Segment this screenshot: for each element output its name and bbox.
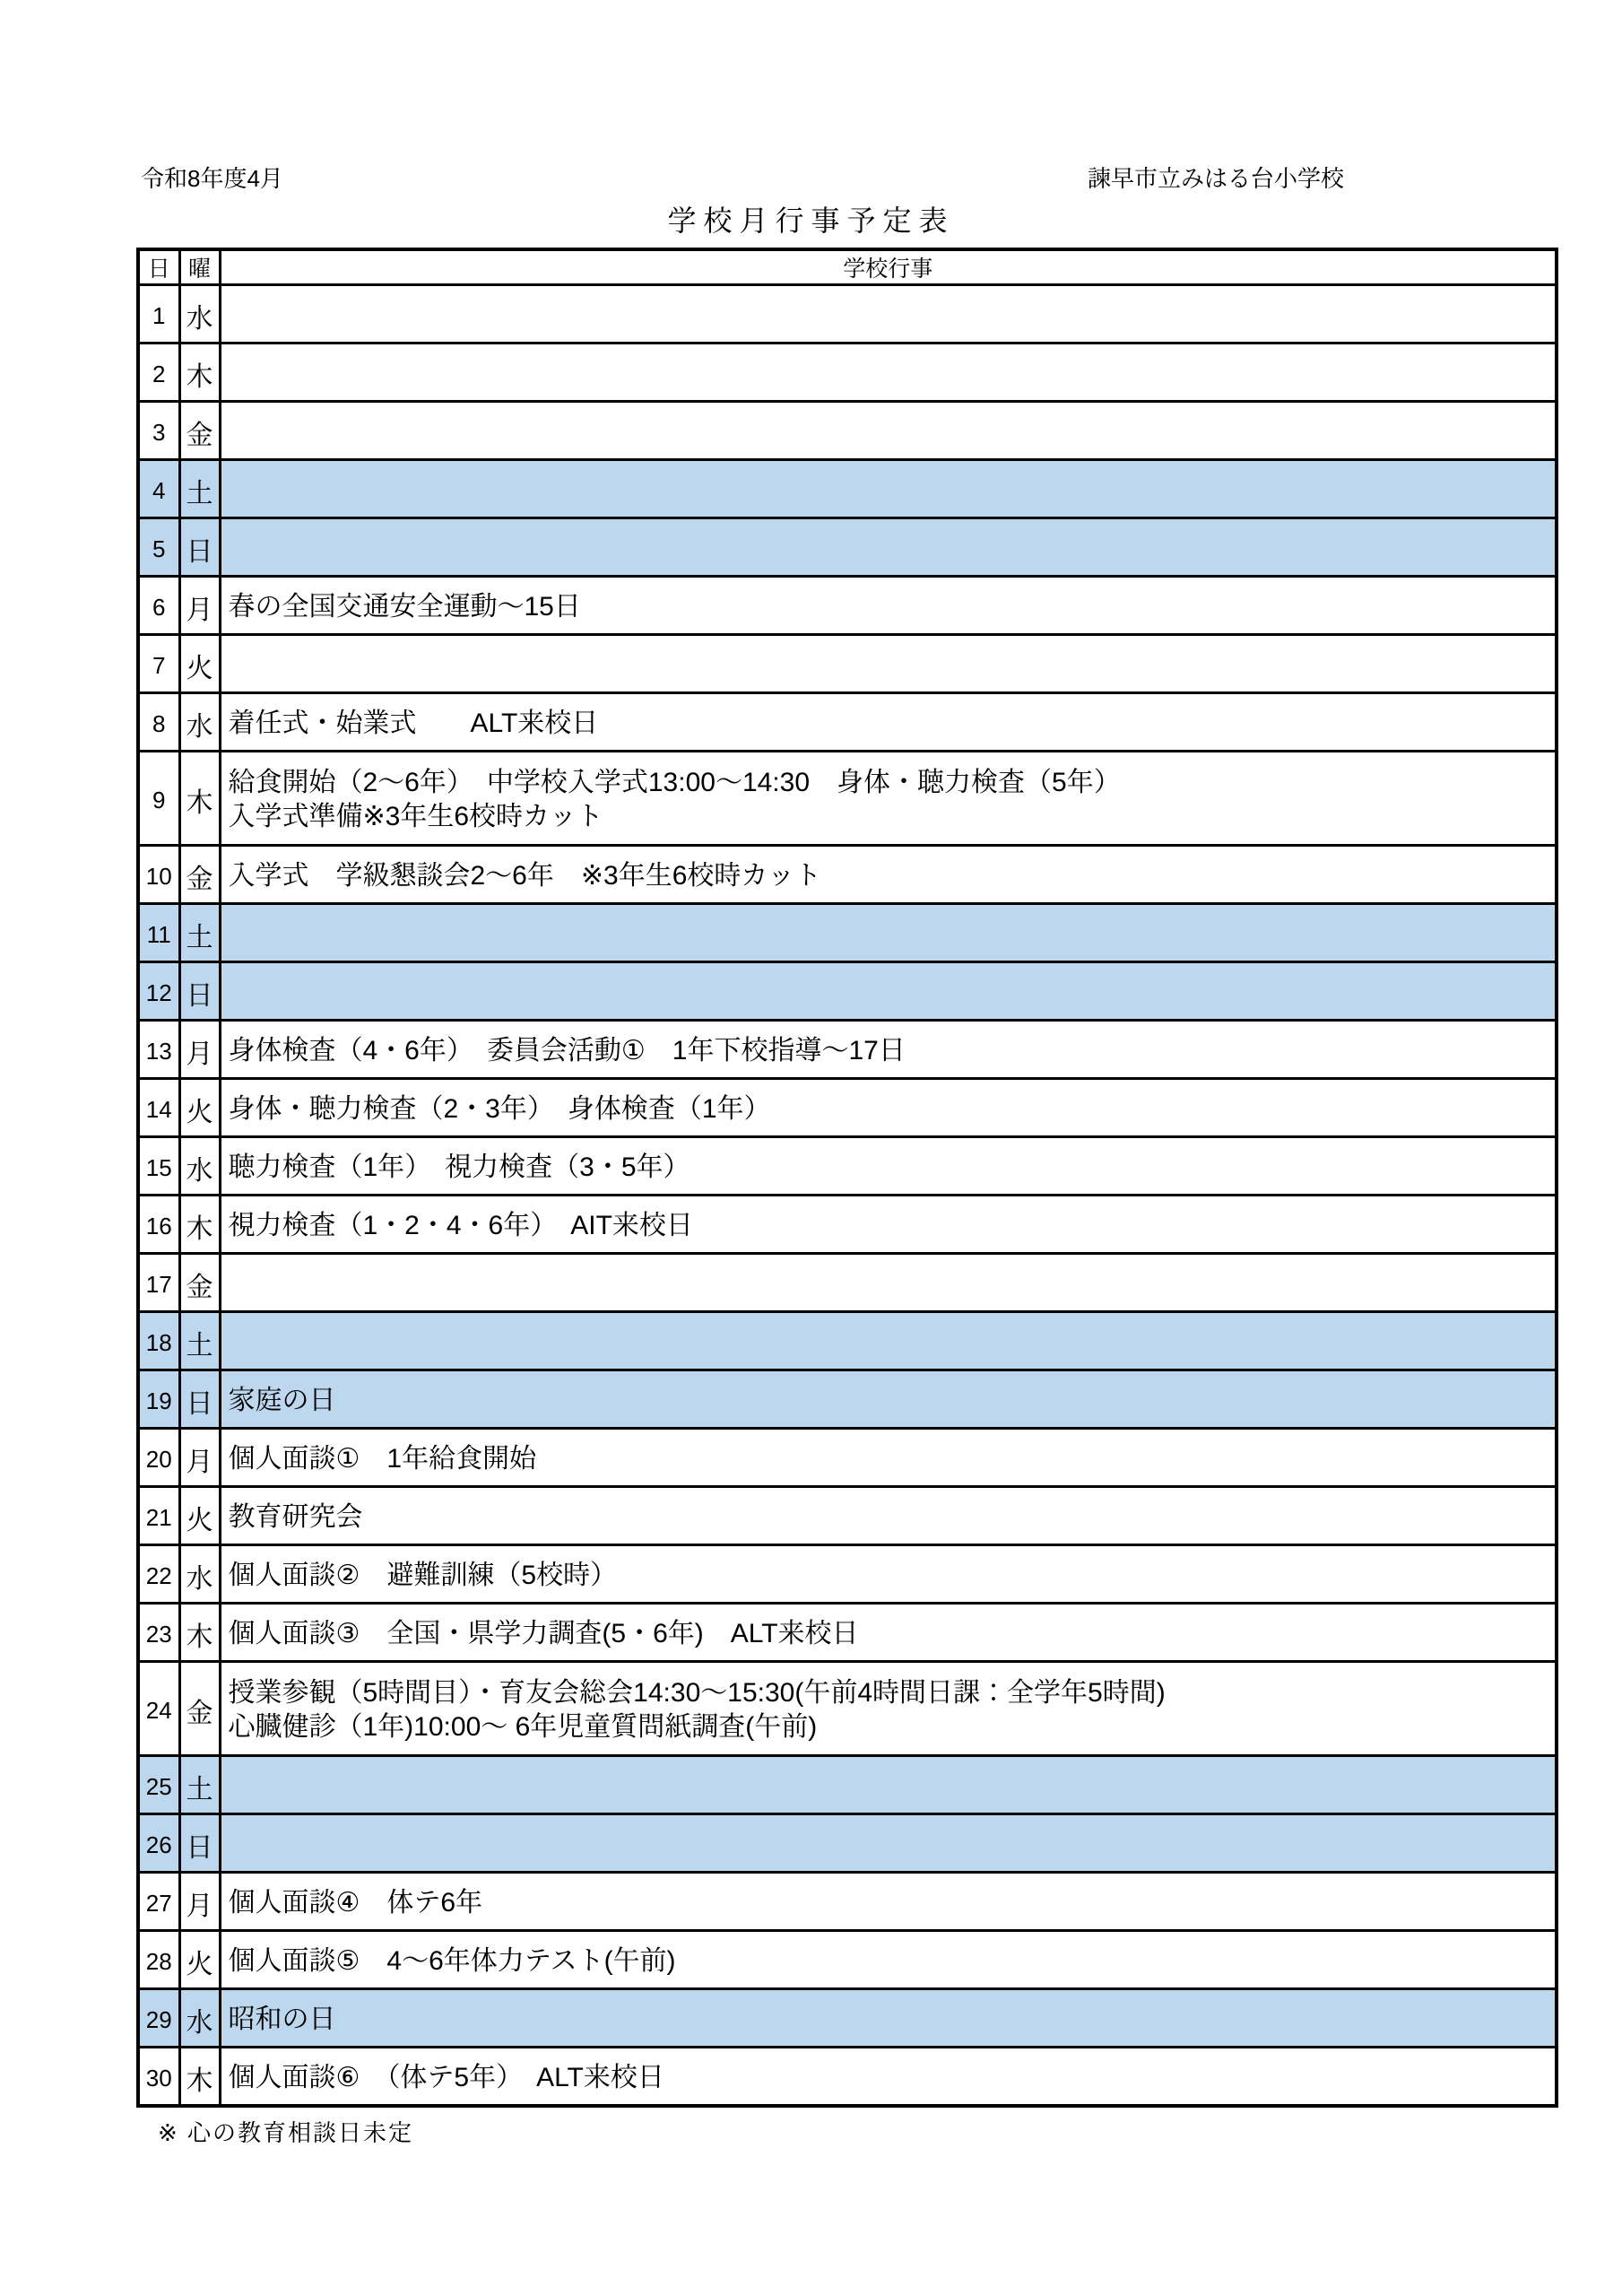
events-cell: 入学式 学級懇談会2～6年 ※3年生6校時カット <box>220 846 1557 904</box>
table-row: 10金入学式 学級懇談会2～6年 ※3年生6校時カット <box>138 846 1557 904</box>
table-row: 23木個人面談③ 全国・県学力調査(5・6年) ALT来校日 <box>138 1604 1557 1662</box>
events-cell: 聴力検査（1年） 視力検査（3・5年） <box>220 1137 1557 1196</box>
events-cell <box>220 460 1557 518</box>
footnote: ※ 心の教育相談日未定 <box>158 2115 1622 2148</box>
table-row: 3金 <box>138 402 1557 460</box>
day-cell: 23 <box>138 1604 179 1662</box>
weekday-cell: 水 <box>179 693 220 752</box>
events-cell <box>220 1312 1557 1370</box>
day-cell: 13 <box>138 1021 179 1079</box>
fiscal-year-label: 令和8年度4月 <box>141 165 283 192</box>
weekday-cell: 月 <box>179 577 220 635</box>
day-cell: 11 <box>138 904 179 962</box>
table-row: 1水 <box>138 285 1557 344</box>
day-cell: 19 <box>138 1370 179 1429</box>
weekday-cell: 木 <box>179 1196 220 1254</box>
weekday-cell: 水 <box>179 1137 220 1196</box>
day-cell: 25 <box>138 1756 179 1814</box>
table-row: 5日 <box>138 518 1557 577</box>
table-row: 16木視力検査（1・2・4・6年） AIT来校日 <box>138 1196 1557 1254</box>
events-cell <box>220 1254 1557 1312</box>
event-line: 入学式 学級懇談会2～6年 ※3年生6校時カット <box>229 859 1550 893</box>
weekday-cell: 水 <box>179 285 220 344</box>
weekday-cell: 木 <box>179 752 220 846</box>
table-row: 13月身体検査（4・6年） 委員会活動① 1年下校指導～17日 <box>138 1021 1557 1079</box>
table-header-row: 日 曜 学校行事 <box>138 249 1557 285</box>
events-cell: 授業参観（5時間目）・育友会総会14:30～15:30(午前4時間日課：全学年5… <box>220 1662 1557 1756</box>
day-cell: 18 <box>138 1312 179 1370</box>
table-row: 9木給食開始（2～6年） 中学校入学式13:00～14:30 身体・聴力検査（5… <box>138 752 1557 846</box>
events-cell: 身体検査（4・6年） 委員会活動① 1年下校指導～17日 <box>220 1021 1557 1079</box>
events-cell: 給食開始（2～6年） 中学校入学式13:00～14:30 身体・聴力検査（5年）… <box>220 752 1557 846</box>
weekday-cell: 木 <box>179 344 220 402</box>
events-cell: 視力検査（1・2・4・6年） AIT来校日 <box>220 1196 1557 1254</box>
document-header: 令和8年度4月 諫早市立みはる台小学校 <box>0 0 1622 192</box>
event-line: 授業参観（5時間目）・育友会総会14:30～15:30(午前4時間日課：全学年5… <box>229 1676 1550 1710</box>
table-row: 21火教育研究会 <box>138 1487 1557 1545</box>
weekday-cell: 水 <box>179 1545 220 1604</box>
page-title: 学校月行事予定表 <box>0 204 1622 237</box>
events-cell <box>220 518 1557 577</box>
event-line: 家庭の日 <box>229 1384 1550 1418</box>
table-row: 24金授業参観（5時間目）・育友会総会14:30～15:30(午前4時間日課：全… <box>138 1662 1557 1756</box>
table-row: 11土 <box>138 904 1557 962</box>
events-cell: 春の全国交通安全運動～15日 <box>220 577 1557 635</box>
event-line: 給食開始（2～6年） 中学校入学式13:00～14:30 身体・聴力検査（5年） <box>229 766 1550 800</box>
day-cell: 9 <box>138 752 179 846</box>
event-line: 個人面談⑤ 4～6年体力テスト(午前) <box>229 1944 1550 1979</box>
day-cell: 21 <box>138 1487 179 1545</box>
weekday-cell: 土 <box>179 1756 220 1814</box>
events-cell: 個人面談④ 体テ6年 <box>220 1873 1557 1931</box>
event-line: 教育研究会 <box>229 1500 1550 1535</box>
school-name: 諫早市立みはる台小学校 <box>1088 165 1344 192</box>
day-cell: 3 <box>138 402 179 460</box>
events-cell: 教育研究会 <box>220 1487 1557 1545</box>
event-line: 心臓健診（1年)10:00～ 6年児童質問紙調査(午前) <box>229 1710 1550 1744</box>
events-cell: 昭和の日 <box>220 1989 1557 2048</box>
day-cell: 10 <box>138 846 179 904</box>
day-cell: 17 <box>138 1254 179 1312</box>
table-row: 8水着任式・始業式 ALT来校日 <box>138 693 1557 752</box>
table-row: 4土 <box>138 460 1557 518</box>
events-cell <box>220 635 1557 693</box>
table-row: 28火個人面談⑤ 4～6年体力テスト(午前) <box>138 1931 1557 1989</box>
day-cell: 12 <box>138 962 179 1021</box>
column-header-weekday: 曜 <box>179 249 220 285</box>
events-cell: 着任式・始業式 ALT来校日 <box>220 693 1557 752</box>
weekday-cell: 日 <box>179 1814 220 1873</box>
events-cell <box>220 962 1557 1021</box>
weekday-cell: 水 <box>179 1989 220 2048</box>
event-line: 身体検査（4・6年） 委員会活動① 1年下校指導～17日 <box>229 1034 1550 1068</box>
events-cell <box>220 285 1557 344</box>
day-cell: 15 <box>138 1137 179 1196</box>
events-cell <box>220 1756 1557 1814</box>
weekday-cell: 月 <box>179 1021 220 1079</box>
weekday-cell: 金 <box>179 402 220 460</box>
events-cell <box>220 904 1557 962</box>
day-cell: 24 <box>138 1662 179 1756</box>
events-cell <box>220 402 1557 460</box>
table-row: 30木個人面談⑥ （体テ5年） ALT来校日 <box>138 2048 1557 2107</box>
day-cell: 22 <box>138 1545 179 1604</box>
column-header-events: 学校行事 <box>220 249 1557 285</box>
event-line: 個人面談⑥ （体テ5年） ALT来校日 <box>229 2061 1550 2095</box>
column-header-day: 日 <box>138 249 179 285</box>
events-cell: 身体・聴力検査（2・3年） 身体検査（1年） <box>220 1079 1557 1137</box>
events-cell: 個人面談⑥ （体テ5年） ALT来校日 <box>220 2048 1557 2107</box>
table-row: 19日家庭の日 <box>138 1370 1557 1429</box>
weekday-cell: 日 <box>179 518 220 577</box>
table-row: 18土 <box>138 1312 1557 1370</box>
table-row: 2木 <box>138 344 1557 402</box>
weekday-cell: 月 <box>179 1429 220 1487</box>
events-cell: 個人面談③ 全国・県学力調査(5・6年) ALT来校日 <box>220 1604 1557 1662</box>
day-cell: 28 <box>138 1931 179 1989</box>
day-cell: 16 <box>138 1196 179 1254</box>
table-row: 12日 <box>138 962 1557 1021</box>
table-row: 20月個人面談① 1年給食開始 <box>138 1429 1557 1487</box>
table-row: 29水昭和の日 <box>138 1989 1557 2048</box>
day-cell: 1 <box>138 285 179 344</box>
weekday-cell: 月 <box>179 1873 220 1931</box>
event-line: 入学式準備※3年生6校時カット <box>229 800 1550 834</box>
event-line: 昭和の日 <box>229 2003 1550 2037</box>
day-cell: 20 <box>138 1429 179 1487</box>
weekday-cell: 金 <box>179 846 220 904</box>
day-cell: 14 <box>138 1079 179 1137</box>
events-cell: 個人面談⑤ 4～6年体力テスト(午前) <box>220 1931 1557 1989</box>
weekday-cell: 土 <box>179 460 220 518</box>
event-line: 個人面談③ 全国・県学力調査(5・6年) ALT来校日 <box>229 1617 1550 1651</box>
weekday-cell: 火 <box>179 635 220 693</box>
day-cell: 5 <box>138 518 179 577</box>
table-row: 7火 <box>138 635 1557 693</box>
table-row: 17金 <box>138 1254 1557 1312</box>
table-row: 15水聴力検査（1年） 視力検査（3・5年） <box>138 1137 1557 1196</box>
events-cell: 家庭の日 <box>220 1370 1557 1429</box>
day-cell: 26 <box>138 1814 179 1873</box>
table-row: 26日 <box>138 1814 1557 1873</box>
table-row: 25土 <box>138 1756 1557 1814</box>
weekday-cell: 木 <box>179 2048 220 2107</box>
table-row: 27月個人面談④ 体テ6年 <box>138 1873 1557 1931</box>
weekday-cell: 土 <box>179 904 220 962</box>
weekday-cell: 火 <box>179 1487 220 1545</box>
day-cell: 27 <box>138 1873 179 1931</box>
event-line: 個人面談④ 体テ6年 <box>229 1886 1550 1920</box>
schedule-body: 1水2木3金4土5日6月春の全国交通安全運動～15日7火8水着任式・始業式 AL… <box>138 285 1557 2107</box>
events-cell <box>220 1814 1557 1873</box>
event-line: 視力検査（1・2・4・6年） AIT来校日 <box>229 1209 1550 1243</box>
weekday-cell: 木 <box>179 1604 220 1662</box>
table-row: 6月春の全国交通安全運動～15日 <box>138 577 1557 635</box>
event-line: 身体・聴力検査（2・3年） 身体検査（1年） <box>229 1092 1550 1126</box>
table-row: 22水個人面談② 避難訓練（5校時） <box>138 1545 1557 1604</box>
event-line: 個人面談② 避難訓練（5校時） <box>229 1559 1550 1593</box>
day-cell: 29 <box>138 1989 179 2048</box>
events-cell <box>220 344 1557 402</box>
event-line: 聴力検査（1年） 視力検査（3・5年） <box>229 1151 1550 1185</box>
events-cell: 個人面談① 1年給食開始 <box>220 1429 1557 1487</box>
weekday-cell: 金 <box>179 1662 220 1756</box>
event-line: 春の全国交通安全運動～15日 <box>229 590 1550 624</box>
events-cell: 個人面談② 避難訓練（5校時） <box>220 1545 1557 1604</box>
weekday-cell: 日 <box>179 1370 220 1429</box>
day-cell: 4 <box>138 460 179 518</box>
day-cell: 2 <box>138 344 179 402</box>
weekday-cell: 火 <box>179 1079 220 1137</box>
day-cell: 30 <box>138 2048 179 2107</box>
weekday-cell: 火 <box>179 1931 220 1989</box>
event-line: 個人面談① 1年給食開始 <box>229 1442 1550 1476</box>
weekday-cell: 金 <box>179 1254 220 1312</box>
table-row: 14火身体・聴力検査（2・3年） 身体検査（1年） <box>138 1079 1557 1137</box>
event-line: 着任式・始業式 ALT来校日 <box>229 707 1550 741</box>
weekday-cell: 土 <box>179 1312 220 1370</box>
day-cell: 7 <box>138 635 179 693</box>
day-cell: 8 <box>138 693 179 752</box>
monthly-schedule-table: 日 曜 学校行事 1水2木3金4土5日6月春の全国交通安全運動～15日7火8水着… <box>136 248 1558 2108</box>
weekday-cell: 日 <box>179 962 220 1021</box>
day-cell: 6 <box>138 577 179 635</box>
